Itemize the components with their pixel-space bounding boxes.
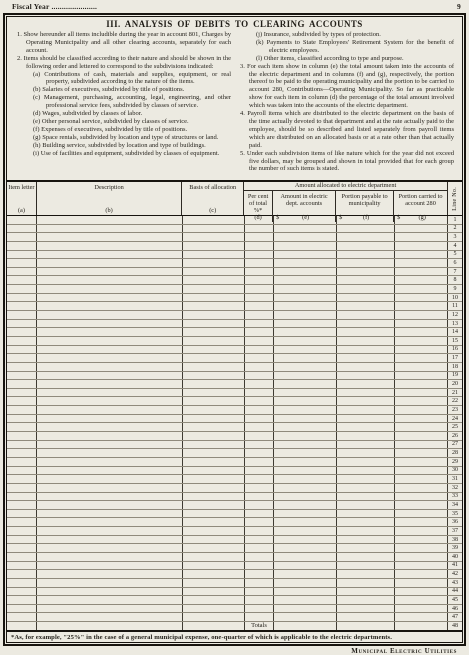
instruction-text: Salaries of executives, subdivided by ti… [41,86,185,93]
cell-e [274,268,337,276]
scanned-form-page: { "colors": { "ink": "#211e18", "paper":… [0,0,469,655]
cell-g [395,622,448,630]
table-header: Item letter (a) Description (b) Basis of… [7,182,462,216]
instruction-text: Building service, subdivided by location… [41,142,206,149]
cell-e [274,276,337,284]
instruction-item: (b) Salaries of executives, subdivided b… [33,86,231,94]
cell-d [245,458,274,466]
cell-b [37,484,183,492]
cell-e [274,562,337,570]
cell-e [274,285,337,293]
cell-e [274,484,337,492]
line-number: 33 [448,493,462,501]
cell-g [395,544,448,552]
cell-c [183,251,245,259]
cell-g [395,613,448,621]
cell-b [37,613,183,621]
page-number: 9 [457,2,461,11]
cell-c [183,311,245,319]
cell-e [274,510,337,518]
cell-c [183,397,245,405]
line-number: 21 [448,389,462,397]
line-number: 17 [448,354,462,362]
column-title: Basis of allocation [182,184,243,191]
line-number: 40 [448,553,462,561]
line-number: 39 [448,544,462,552]
cell-a [7,415,37,423]
cell-b [37,225,183,233]
line-number: 15 [448,337,462,345]
instructions: 1. Show hereunder all items includible d… [7,29,462,187]
cell-b [37,553,183,561]
line-number: 16 [448,346,462,354]
cell-f [337,311,395,319]
column-title: Line No. [452,187,459,211]
cell-g [395,588,448,596]
line-number: 30 [448,467,462,475]
cell-f [337,259,395,267]
cell-b [37,380,183,388]
cell-c [183,536,245,544]
table-row: 11 [7,302,462,311]
cell-g [395,242,448,250]
cell-e [274,467,337,475]
cell-f [337,389,395,397]
table-row: 30 [7,467,462,476]
cell-g [395,441,448,449]
cell-e [274,397,337,405]
cell-e [274,501,337,509]
cell-a [7,467,37,475]
cell-a [7,605,37,613]
cell-g [395,518,448,526]
instruction-text: Other items, classified according to typ… [262,55,404,62]
cell-e [274,380,337,388]
cell-e [274,423,337,431]
line-number: 27 [448,441,462,449]
cell-d [245,225,274,233]
cell-d [245,493,274,501]
cell-a [7,613,37,621]
cell-b [37,251,183,259]
cell-d [245,406,274,414]
cell-e [274,588,337,596]
cell-b [37,268,183,276]
instruction-text: Items should be classified according to … [22,55,231,70]
cell-b [37,354,183,362]
instruction-tag: (b) [33,86,41,93]
cell-c [183,570,245,578]
instruction-item: (a) Contributions of cash, materials and… [33,71,231,87]
cell-f [337,268,395,276]
table-row: 14 [7,328,462,337]
cell-a [7,233,37,241]
cell-b [37,233,183,241]
cell-f [337,406,395,414]
cell-a [7,380,37,388]
cell-e [274,389,337,397]
table-row: 28 [7,449,462,458]
line-number: 1 [448,216,462,224]
cell-g [395,484,448,492]
cell-g [395,363,448,371]
cell-d [245,613,274,621]
table-row: 21 [7,389,462,398]
cell-b [37,570,183,578]
page-frame-inner: III. ANALYSIS OF DEBITS TO CLEARING ACCO… [6,16,463,643]
cell-e [274,233,337,241]
table-row: 44 [7,588,462,597]
cell-d [245,294,274,302]
table-row: 8 [7,276,462,285]
instructions-right-column: (j) Insurance, subdivided by types of pr… [240,31,454,187]
cell-f [337,562,395,570]
cell-c [183,501,245,509]
cell-g [395,605,448,613]
table-row: 24 [7,415,462,424]
cell-f [337,328,395,336]
cell-b [37,458,183,466]
cell-f [337,570,395,578]
instruction-item: (e) Other personal service, subdivided b… [33,118,231,126]
line-number: 4 [448,242,462,250]
cell-a [7,475,37,483]
cell-d [245,354,274,362]
cell-f [337,493,395,501]
cell-f [337,276,395,284]
instruction-item: (i) Use of facilities and equipment, sub… [33,150,231,158]
cell-g [395,397,448,405]
fiscal-year-label: Fiscal Year ...................... [12,2,97,11]
cell-e [274,346,337,354]
instruction-item: (k) Payments to State Employees' Retirem… [256,39,454,55]
cell-b [37,518,183,526]
cell-c [183,337,245,345]
cell-f [337,544,395,552]
instruction-text: Under each subdivision items of like nat… [245,150,454,173]
instruction-text: Payroll items which are distributed to t… [245,110,454,149]
instruction-item: 5. Under each subdivision items of like … [240,150,454,174]
cell-f [337,225,395,233]
cell-c [183,432,245,440]
cell-g [395,251,448,259]
cell-e [274,259,337,267]
cell-e [274,294,337,302]
cell-a [7,397,37,405]
line-number: 22 [448,397,462,405]
cell-e [274,579,337,587]
line-number: 26 [448,432,462,440]
table-body: 1234567891011121314151617181920212223242… [7,216,462,630]
cell-e [274,536,337,544]
section-title: III. ANALYSIS OF DEBITS TO CLEARING ACCO… [7,19,462,29]
table-row: 3 [7,233,462,242]
cell-g [395,562,448,570]
cell-b [37,510,183,518]
cell-b [37,346,183,354]
cell-a [7,449,37,457]
cell-b [37,311,183,319]
column-title: Item letter [7,184,36,191]
cell-c [183,259,245,267]
cell-g [395,449,448,457]
cell-b [37,302,183,310]
table-row: 42 [7,570,462,579]
cell-a [7,294,37,302]
instruction-text: Expenses of executives, subdivided by ti… [40,126,188,133]
cell-f [337,553,395,561]
cell-a [7,484,37,492]
cell-e [274,622,337,630]
line-number: 11 [448,302,462,310]
cell-g [395,458,448,466]
table-row: 39 [7,544,462,553]
table-row: 34 [7,501,462,510]
page-top-line: Fiscal Year ...................... 9 [12,2,461,13]
page-frame: III. ANALYSIS OF DEBITS TO CLEARING ACCO… [3,13,466,646]
cell-e [274,302,337,310]
table-footnote: *As, for example, "25%" in the case of a… [7,630,462,642]
line-number: 5 [448,251,462,259]
table-row: 25 [7,423,462,432]
cell-a [7,311,37,319]
instruction-item: (g) Space rentals, subdivided by locatio… [33,134,231,142]
cell-a [7,372,37,380]
cell-c [183,320,245,328]
cell-c [183,527,245,535]
cell-f [337,596,395,604]
cell-b [37,294,183,302]
cell-d [245,302,274,310]
cell-f [337,337,395,345]
cell-f [337,242,395,250]
cell-a [7,544,37,552]
cell-c [183,588,245,596]
cell-g [395,294,448,302]
cell-d [245,251,274,259]
cell-c [183,484,245,492]
cell-b [37,415,183,423]
cell-f [337,449,395,457]
clearing-accounts-table: Item letter (a) Description (b) Basis of… [7,180,462,642]
cell-c [183,268,245,276]
instructions-left-column: 1. Show hereunder all items includible d… [17,31,231,187]
table-row: 36 [7,518,462,527]
column-letter: (b) [37,207,181,215]
cell-b [37,588,183,596]
instruction-text: For each item show in column (e) the tot… [245,63,454,110]
table-row: 26 [7,432,462,441]
table-row: 12 [7,311,462,320]
instruction-text: Contributions of cash, materials and sup… [40,71,231,86]
instruction-tag: (h) [33,142,41,149]
cell-c [183,596,245,604]
cell-a [7,432,37,440]
cell-c [183,380,245,388]
cell-a [7,251,37,259]
table-row: 29 [7,458,462,467]
cell-b [37,320,183,328]
cell-f [337,346,395,354]
cell-c [183,389,245,397]
cell-e [274,475,337,483]
cell-f [337,613,395,621]
cell-b [37,337,183,345]
cell-c [183,216,245,224]
line-number: 23 [448,406,462,414]
instruction-item: 3. For each item show in column (e) the … [240,63,454,110]
cell-g [395,311,448,319]
cell-d [245,346,274,354]
cell-g [395,467,448,475]
cell-a [7,501,37,509]
cell-f [337,475,395,483]
cell-f [337,458,395,466]
table-row: 19 [7,372,462,381]
cell-e [274,527,337,535]
instruction-tag: (d) [33,110,41,117]
cell-g [395,259,448,267]
cell-a [7,553,37,561]
cell-a [7,527,37,535]
cell-d [245,363,274,371]
cell-a [7,423,37,431]
cell-f [337,397,395,405]
table-row: 37 [7,527,462,536]
cell-c [183,579,245,587]
cell-e [274,216,337,224]
cell-c [183,423,245,431]
table-row: 23 [7,406,462,415]
cell-a [7,579,37,587]
cell-b [37,579,183,587]
instruction-item: (f) Expenses of executives, subdivided b… [33,126,231,134]
table-row: 17 [7,354,462,363]
table-row: 46 [7,605,462,614]
cell-b [37,406,183,414]
cell-g [395,553,448,561]
line-number: 35 [448,510,462,518]
cell-f [337,285,395,293]
cell-e [274,441,337,449]
cell-f [337,501,395,509]
cell-a [7,493,37,501]
cell-c [183,553,245,561]
column-header-item-letter: Item letter (a) [7,182,37,215]
line-number: 14 [448,328,462,336]
cell-e [274,225,337,233]
cell-g [395,276,448,284]
cell-f [337,432,395,440]
instruction-text: Other personal service, subdivided by cl… [40,118,188,125]
line-number: 37 [448,527,462,535]
instruction-tag: (k) [256,39,264,46]
cell-e [274,458,337,466]
instruction-item: (c) Management, purchasing, accounting, … [33,94,231,110]
cell-e [274,242,337,250]
column-header-basis-of-allocation: Basis of allocation (c) [182,182,244,215]
column-title: Amount in electric dept. accounts [273,193,335,207]
cell-f [337,536,395,544]
cell-d [245,423,274,431]
table-row: 5 [7,251,462,260]
cell-d [245,544,274,552]
table-row: 9 [7,285,462,294]
line-number: 7 [448,268,462,276]
cell-c [183,458,245,466]
cell-d [245,449,274,457]
cell-c [183,363,245,371]
cell-e [274,596,337,604]
cell-d [245,579,274,587]
cell-b [37,501,183,509]
column-title: Per cent of total %* [244,193,272,214]
table-row: 41 [7,562,462,571]
line-number: 42 [448,570,462,578]
cell-c [183,475,245,483]
cell-f [337,294,395,302]
instruction-tag: (g) [33,134,41,141]
line-number: 29 [448,458,462,466]
cell-d [245,233,274,241]
cell-c [183,510,245,518]
line-number: 38 [448,536,462,544]
cell-a [7,225,37,233]
cell-b [37,449,183,457]
cell-g [395,285,448,293]
cell-c [183,225,245,233]
cell-e [274,493,337,501]
cell-a [7,441,37,449]
cell-e [274,432,337,440]
cell-a [7,354,37,362]
cell-f [337,467,395,475]
cell-g [395,328,448,336]
cell-f [337,527,395,535]
instruction-text: Show hereunder all items includible duri… [22,31,231,54]
line-number: 45 [448,596,462,604]
totals-label: Totals [245,622,274,630]
cell-d [245,596,274,604]
cell-d [245,467,274,475]
cell-a [7,242,37,250]
column-title: Portion carried to account 280 [394,193,447,207]
cell-d [245,475,274,483]
cell-d [245,320,274,328]
cell-d [245,510,274,518]
table-row: 35 [7,510,462,519]
instruction-item: 1. Show hereunder all items includible d… [17,31,231,55]
cell-g [395,346,448,354]
cell-f [337,605,395,613]
instruction-text: Payments to State Employees' Retirement … [264,39,454,54]
table-row: 1 [7,216,462,225]
cell-f [337,588,395,596]
cell-g [395,216,448,224]
line-number: 44 [448,588,462,596]
line-number: 12 [448,311,462,319]
cell-c [183,242,245,250]
column-header-line-no: Line No. [448,182,462,215]
line-number: 6 [448,259,462,267]
cell-b [37,544,183,552]
cell-b [37,423,183,431]
table-row: Totals48 [7,622,462,630]
cell-e [274,415,337,423]
cell-f [337,354,395,362]
cell-d [245,605,274,613]
line-number: 46 [448,605,462,613]
